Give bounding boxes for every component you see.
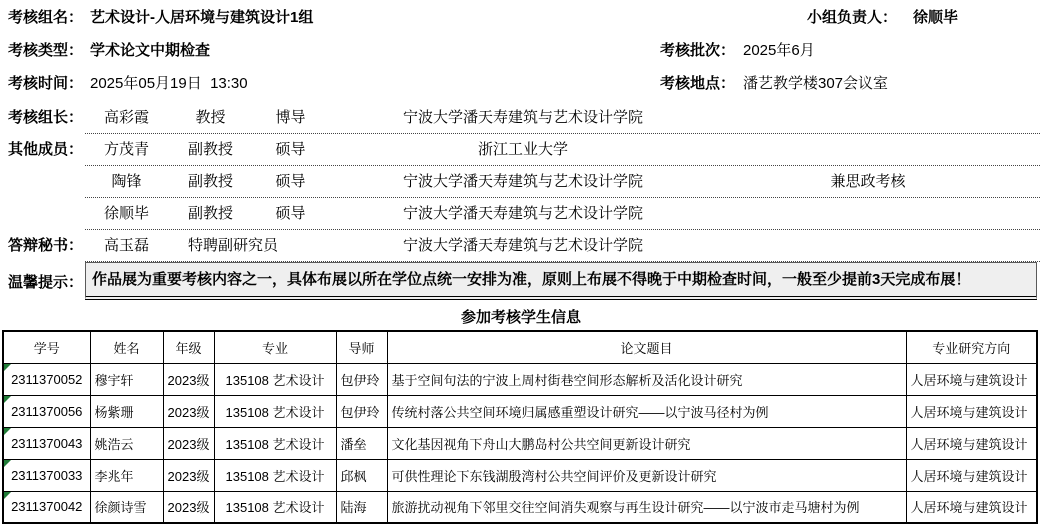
member-note (773, 198, 963, 229)
member-note: 兼思政考核 (773, 166, 963, 197)
secretary-row: 答辩秘书：高玉磊特聘副研究员宁波大学潘天寿建筑与艺术设计学院 (0, 230, 1040, 262)
time-value: 2025年05月19日 13:30 (90, 74, 248, 94)
assessment-info-page: 考核组名： 艺术设计-人居环境与建筑设计1组 小组负责人： 徐顺毕 考核类型： … (0, 0, 1042, 529)
member-note (773, 134, 963, 165)
committee-row-label (0, 166, 85, 198)
students-col-header: 导师 (336, 331, 387, 363)
cell-grade: 2023级 (163, 491, 214, 523)
member-institution: 宁波大学潘天寿建筑与艺术设计学院 (328, 166, 718, 197)
cell-grade: 2023级 (163, 427, 214, 459)
committee-row-body: 高彩霞教授博导宁波大学潘天寿建筑与艺术设计学院 (85, 102, 1040, 134)
green-corner-flag-icon (4, 364, 11, 371)
notice-label: 温馨提示： (8, 271, 83, 292)
table-row: 2311370056杨紫珊2023级135108 艺术设计包伊玲传统村落公共空间… (3, 395, 1037, 427)
member-name: 方茂青 (85, 134, 168, 165)
cell-thesis-title: 传统村落公共空间环境归属感重塑设计研究——以宁波马径村为例 (387, 395, 906, 427)
cell-research-direction: 人居环境与建筑设计 (906, 427, 1037, 459)
cell-student-id: 2311370056 (3, 395, 90, 427)
committee-row-label: 其他成员： (0, 134, 85, 166)
committee-row: 徐顺毕副教授硕导宁波大学潘天寿建筑与艺术设计学院 (0, 198, 1040, 230)
cell-major: 135108 艺术设计 (214, 427, 336, 459)
green-corner-flag-icon (4, 460, 11, 467)
table-row: 2311370042徐颜诗雪2023级135108 艺术设计陆海旅游扰动视角下邻… (3, 491, 1037, 523)
member-name: 徐顺毕 (85, 198, 168, 229)
students-section-title: 参加考核学生信息 (0, 306, 1042, 327)
students-col-header: 专业研究方向 (906, 331, 1037, 363)
students-body: 2311370052穆宇轩2023级135108 艺术设计包伊玲基于空间句法的宁… (3, 363, 1037, 523)
batch-value: 2025年6月 (743, 41, 815, 61)
member-name: 陶锋 (85, 166, 168, 197)
cell-student-name: 姚浩云 (90, 427, 163, 459)
member-mentor-type: 硕导 (253, 198, 328, 229)
cell-thesis-title: 文化基因视角下舟山大鹏岛村公共空间更新设计研究 (387, 427, 906, 459)
secretary-row-body: 高玉磊特聘副研究员宁波大学潘天寿建筑与艺术设计学院 (85, 230, 1040, 262)
member-title: 副教授 (168, 134, 253, 165)
cell-major: 135108 艺术设计 (214, 459, 336, 491)
committee-row: 其他成员：方茂青副教授硕导浙江工业大学 (0, 134, 1040, 166)
leader-label: 小组负责人： (807, 8, 897, 28)
secretary-institution: 宁波大学潘天寿建筑与艺术设计学院 (328, 230, 718, 261)
cell-student-id: 2311370033 (3, 459, 90, 491)
time-label: 考核时间： (8, 74, 83, 94)
committee-row-label: 考核组长： (0, 102, 85, 134)
cell-student-id: 2311370042 (3, 491, 90, 523)
students-header-row: 学号姓名年级专业导师论文题目专业研究方向 (3, 331, 1037, 363)
location-label: 考核地点： (660, 74, 735, 94)
students-col-header: 年级 (163, 331, 214, 363)
member-mentor-type: 硕导 (253, 134, 328, 165)
cell-student-name: 徐颜诗雪 (90, 491, 163, 523)
member-title: 教授 (168, 102, 253, 133)
committee-row-body: 徐顺毕副教授硕导宁波大学潘天寿建筑与艺术设计学院 (85, 198, 1040, 230)
cell-student-id: 2311370043 (3, 427, 90, 459)
cell-grade: 2023级 (163, 459, 214, 491)
cell-major: 135108 艺术设计 (214, 491, 336, 523)
committee-rows: 考核组长：高彩霞教授博导宁波大学潘天寿建筑与艺术设计学院其他成员：方茂青副教授硕… (0, 102, 1040, 262)
green-corner-flag-icon (4, 428, 11, 435)
member-note (773, 102, 963, 133)
table-row: 2311370052穆宇轩2023级135108 艺术设计包伊玲基于空间句法的宁… (3, 363, 1037, 395)
batch-label: 考核批次： (660, 41, 735, 61)
notice-text: 作品展为重要考核内容之一，具体布展以所在学位点统一安排为准，原则上布展不得晚于中… (85, 262, 1037, 300)
cell-grade: 2023级 (163, 363, 214, 395)
committee-row: 考核组长：高彩霞教授博导宁波大学潘天寿建筑与艺术设计学院 (0, 102, 1040, 134)
cell-student-name: 李兆年 (90, 459, 163, 491)
committee-row-body: 陶锋副教授硕导宁波大学潘天寿建筑与艺术设计学院兼思政考核 (85, 166, 1040, 198)
students-col-header: 姓名 (90, 331, 163, 363)
table-row: 2311370043姚浩云2023级135108 艺术设计潘垒文化基因视角下舟山… (3, 427, 1037, 459)
leader-value: 徐顺毕 (913, 8, 958, 28)
cell-research-direction: 人居环境与建筑设计 (906, 363, 1037, 395)
cell-thesis-title: 可供性理论下东钱湖殷湾村公共空间评价及更新设计研究 (387, 459, 906, 491)
committee-row-body: 方茂青副教授硕导浙江工业大学 (85, 134, 1040, 166)
member-mentor-type: 硕导 (253, 166, 328, 197)
member-title: 副教授 (168, 166, 253, 197)
cell-student-name: 穆宇轩 (90, 363, 163, 395)
green-corner-flag-icon (4, 492, 11, 499)
cell-supervisor: 包伊玲 (336, 395, 387, 427)
table-row: 2311370033李兆年2023级135108 艺术设计邱枫可供性理论下东钱湖… (3, 459, 1037, 491)
cell-research-direction: 人居环境与建筑设计 (906, 491, 1037, 523)
green-corner-flag-icon (4, 396, 11, 403)
cell-research-direction: 人居环境与建筑设计 (906, 395, 1037, 427)
type-label: 考核类型： (8, 41, 83, 61)
member-institution: 宁波大学潘天寿建筑与艺术设计学院 (328, 198, 718, 229)
secretary-label: 答辩秘书： (0, 230, 85, 262)
committee-row-label (0, 198, 85, 230)
member-mentor-type: 博导 (253, 102, 328, 133)
cell-thesis-title: 旅游扰动视角下邻里交往空间消失观察与再生设计研究——以宁波市走马塘村为例 (387, 491, 906, 523)
location-value: 潘艺教学楼307会议室 (743, 74, 888, 94)
member-title: 副教授 (168, 198, 253, 229)
students-table: 学号姓名年级专业导师论文题目专业研究方向 2311370052穆宇轩2023级1… (2, 330, 1038, 524)
cell-student-name: 杨紫珊 (90, 395, 163, 427)
cell-supervisor: 邱枫 (336, 459, 387, 491)
cell-supervisor: 包伊玲 (336, 363, 387, 395)
group-name-value: 艺术设计-人居环境与建筑设计1组 (90, 8, 313, 28)
students-col-header: 专业 (214, 331, 336, 363)
cell-research-direction: 人居环境与建筑设计 (906, 459, 1037, 491)
students-col-header: 论文题目 (387, 331, 906, 363)
cell-student-id: 2311370052 (3, 363, 90, 395)
cell-major: 135108 艺术设计 (214, 363, 336, 395)
secretary-spacer (298, 230, 328, 261)
group-name-label: 考核组名： (8, 8, 83, 28)
type-value: 学术论文中期检查 (90, 41, 210, 61)
cell-supervisor: 潘垒 (336, 427, 387, 459)
secretary-title: 特聘副研究员 (168, 230, 298, 261)
committee-row: 陶锋副教授硕导宁波大学潘天寿建筑与艺术设计学院兼思政考核 (0, 166, 1040, 198)
cell-grade: 2023级 (163, 395, 214, 427)
cell-thesis-title: 基于空间句法的宁波上周村街巷空间形态解析及活化设计研究 (387, 363, 906, 395)
students-col-header: 学号 (3, 331, 90, 363)
cell-supervisor: 陆海 (336, 491, 387, 523)
member-name: 高彩霞 (85, 102, 168, 133)
cell-major: 135108 艺术设计 (214, 395, 336, 427)
member-institution: 宁波大学潘天寿建筑与艺术设计学院 (328, 102, 718, 133)
member-institution: 浙江工业大学 (328, 134, 718, 165)
secretary-name: 高玉磊 (85, 230, 168, 261)
